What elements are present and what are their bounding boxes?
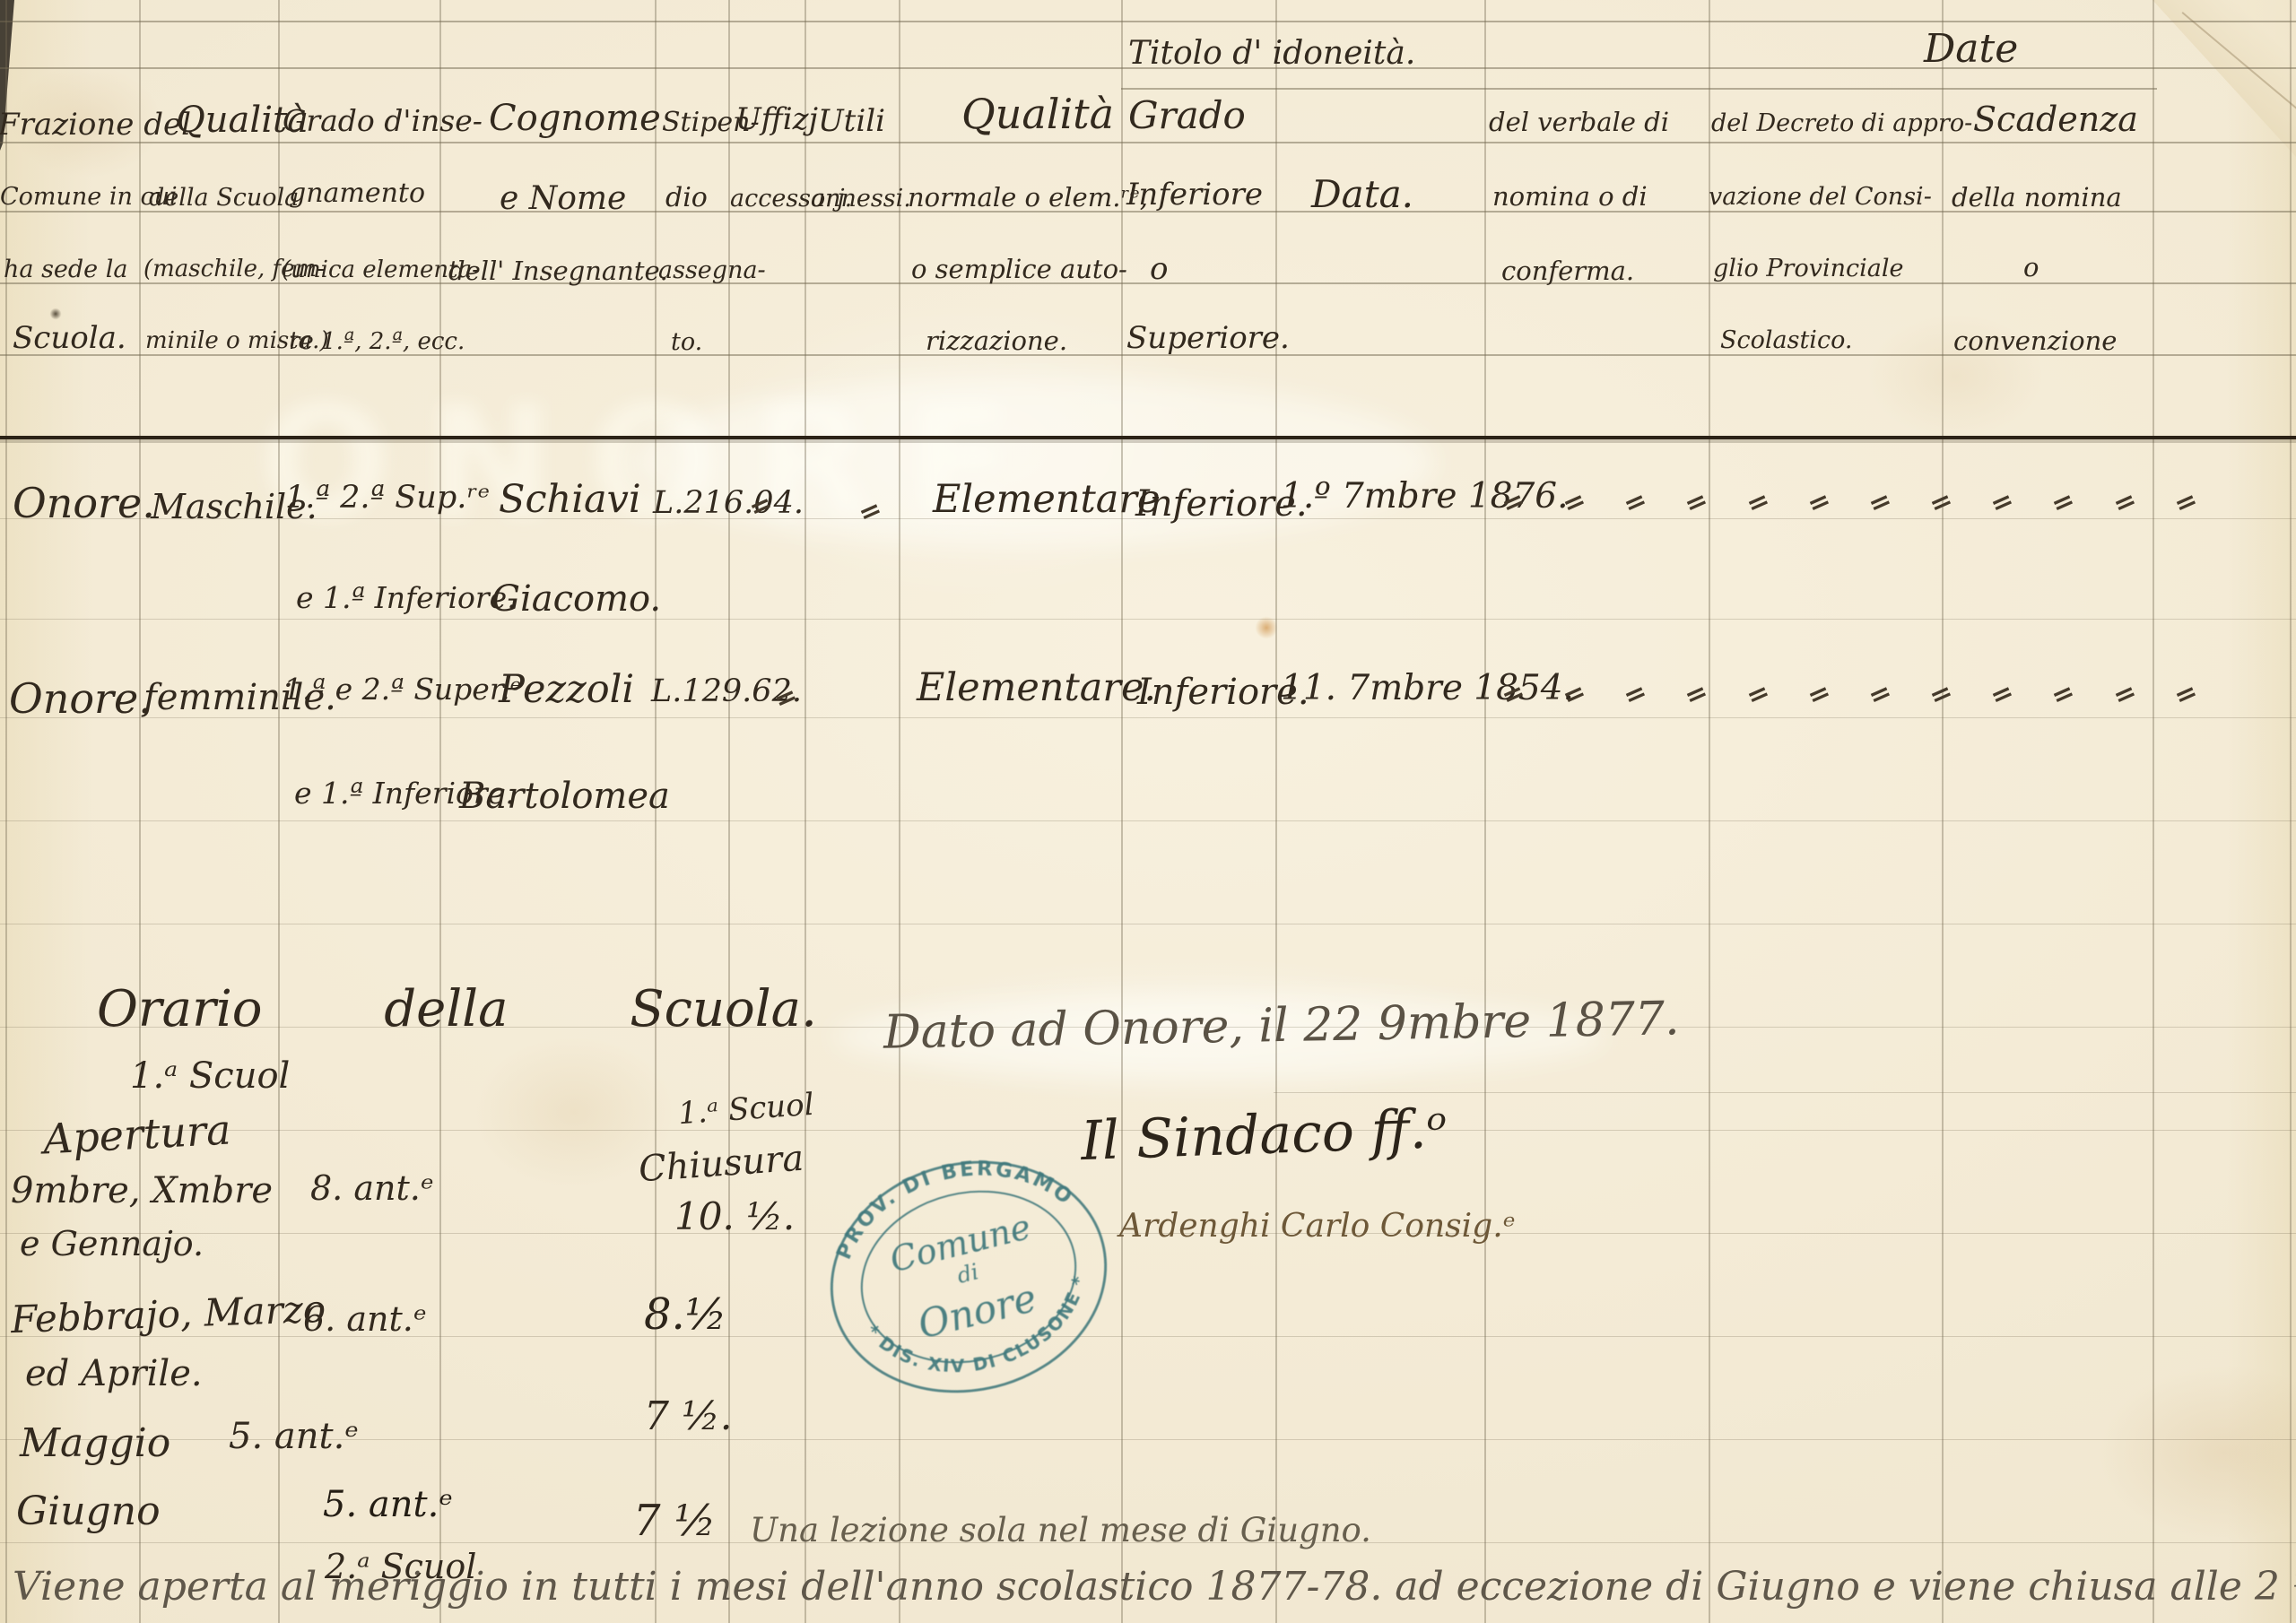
col-header-titolo-grado: Superiore. [1126,323,1290,353]
orario-scuola1-label: 1.ᵃ Scuol [130,1058,290,1094]
grid-vline [439,0,441,1623]
col-header-decreto: glio Provinciale [1713,256,1903,281]
row2-cognome: Pezzoli [499,671,634,709]
orario-title: Orario della Scuola. [97,985,817,1035]
col-header-scadenza: o [2023,255,2039,281]
col-header-titolo-qualita: Qualità [961,93,1114,135]
col-header-titolo-qualita: rizzazione. [926,328,1067,354]
orario-open1: 8. ant.ᵉ [310,1171,434,1205]
col-header-decreto: vazione del Consi- [1709,185,1932,209]
col-header-grado-insegnamento: Grado d'inse- [283,106,483,135]
col-header-grado-insegnamento: gnamento [289,180,425,207]
col-header-titolo-grado: Grado [1128,97,1246,135]
orario-close2b: 7 ½. [644,1397,733,1436]
col-header-frazione: ha sede la [4,257,127,282]
row1-cognome: Schiavi [499,481,641,519]
col-header-utili: Utili [818,106,885,136]
orario-note4: Una lezione sola nel mese di Giugno. [750,1514,1371,1547]
municipal-stamp: PROV. DI BERGAMO * DIS. XIV DI CLUSONE *… [787,1121,1150,1434]
grid-vline [1942,0,1944,1623]
grid-vline [278,0,280,1623]
grid-hline [0,142,2296,143]
col-header-cognome-nome: dell' Insegnante. [448,258,668,284]
orario-months1: 9mbre, Xmbre [11,1173,273,1209]
col-header-scadenza: della nomina [1952,185,2122,211]
col-header-stipendio: to. [671,330,702,354]
row2-frazione: Onore. [9,678,152,719]
orario-apertura-label: Apertura [42,1109,232,1160]
col-header-qualita-scuola: della Scuola [149,186,299,210]
row2-nome: Bartolomea [459,778,670,814]
col-header-utili: annessi. [811,187,911,211]
col-header-verbale: del verbale di [1489,109,1669,135]
grid-hline-faint [0,924,2296,924]
row2-titolo-qualita: Elementare. [917,669,1156,707]
grid-vline [2290,0,2292,1623]
row1-ditto-marks: == == == == == == [1502,490,2197,516]
grid-hline-faint [0,619,2296,620]
sindaco-signature: Ardenghi Carlo Consig.ᵉ [1119,1211,1516,1243]
grid-vline [1484,0,1486,1623]
col-header-grado-insegnamento: re 1.ª, 2.ª, ecc. [289,330,465,353]
orario-open2: 6. ant.ᵉ [303,1302,427,1336]
grid-vline [5,0,7,1623]
col-header-decreto: Scolastico. [1720,328,1852,352]
orario-scuola1-chiusura-label: 1.ᵃ Scuol [677,1089,815,1129]
grid-hline [0,21,2296,22]
col-header-titolo-grado: o [1150,254,1168,284]
col-header-titolo-qualita: normale o elem.ʳᵉ, [908,185,1148,211]
orario-close4: 7 ½ [633,1499,716,1542]
grid-vline [728,0,730,1623]
row1-frazione: Onore. [13,482,155,524]
orario-chiusura-label: Chiusura [638,1141,805,1188]
row2-ditto-marks: == == == == == == [1502,681,2197,708]
grid-vline [2152,0,2154,1623]
orario-months4: Giugno [16,1492,161,1532]
row1-grado-line2: e 1.ª Inferiore. [296,583,517,612]
row2-grado-line1: 1.ª e 2.ª Super.ᵉ [283,674,521,704]
orario-close2: 8.½ [644,1293,726,1336]
issued-at-line: Dato ad Onore, il 22 9mbre 1877. [883,995,1680,1055]
col-header-stipendio: assegna- [658,258,766,282]
col-header-titolo-grado: Inferiore [1126,179,1263,210]
orario-months2b: ed Aprile. [25,1356,203,1392]
col-header-frazione: Scuola. [13,323,126,353]
col-header-frazione: Frazione del [0,109,191,140]
grid-hline-faint [0,820,2296,821]
col-header-cognome-nome: e Nome [500,183,626,215]
col-header-cognome-nome: Cognome [489,100,661,136]
orario-months1b: e Gennajo. [20,1227,204,1261]
orario-months2: Febbrajo, Marzo [10,1290,326,1339]
grid-vline [1709,0,1710,1623]
scanned-register-page: ONORE Titolo d' idoneità. Date Frazione … [0,0,2296,1623]
row1-titolo-qualita: Elementare [933,481,1160,519]
col-header-titolo-qualita: o semplice auto- [911,256,1127,282]
row1-stipendio: L.216.04. [653,488,804,519]
page-corner-fold [2152,0,2296,157]
orario-open4: 5. ant.ᵉ [323,1487,453,1523]
col-header-verbale: nomina o di [1492,184,1648,210]
orario-months3: Maggio [20,1424,170,1463]
grid-hline-faint [0,717,2296,718]
grid-vline [1275,0,1277,1623]
group-header-date: Date [1924,30,2018,69]
header-separator-rule [0,436,2296,439]
orario-open3: 5. ant.ᵉ [229,1419,359,1454]
grid-hline [1121,88,2157,90]
sindaco-title: Il Sindaco ff.ᵒ [1080,1102,1448,1168]
grid-hline-faint [1274,1092,2296,1093]
orario-close1: 10. ½. [674,1198,795,1236]
col-header-data: Data. [1311,176,1413,213]
group-header-titolo-idoneita: Titolo d' idoneità. [1128,38,1415,70]
col-header-scadenza: Scadenza [1973,102,2138,136]
col-header-stipendio: dio [665,185,708,212]
grid-vline [804,0,806,1623]
col-header-verbale: conferma. [1501,258,1634,284]
footnote-line: Viene aperta al meriggio in tutti i mesi… [13,1567,2296,1607]
col-header-scadenza: convenzione [1953,328,2117,354]
grid-vline [1121,0,1123,1623]
row1-nome: Giacomo. [491,581,661,617]
row1-grado-line1: 1.ª 2.ª Sup.ʳᵉ [285,482,490,514]
col-header-uffizi: Uffizj [735,104,818,135]
col-header-decreto: del Decreto di appro- [1711,111,1972,135]
stamp-di-text: di [954,1258,981,1289]
